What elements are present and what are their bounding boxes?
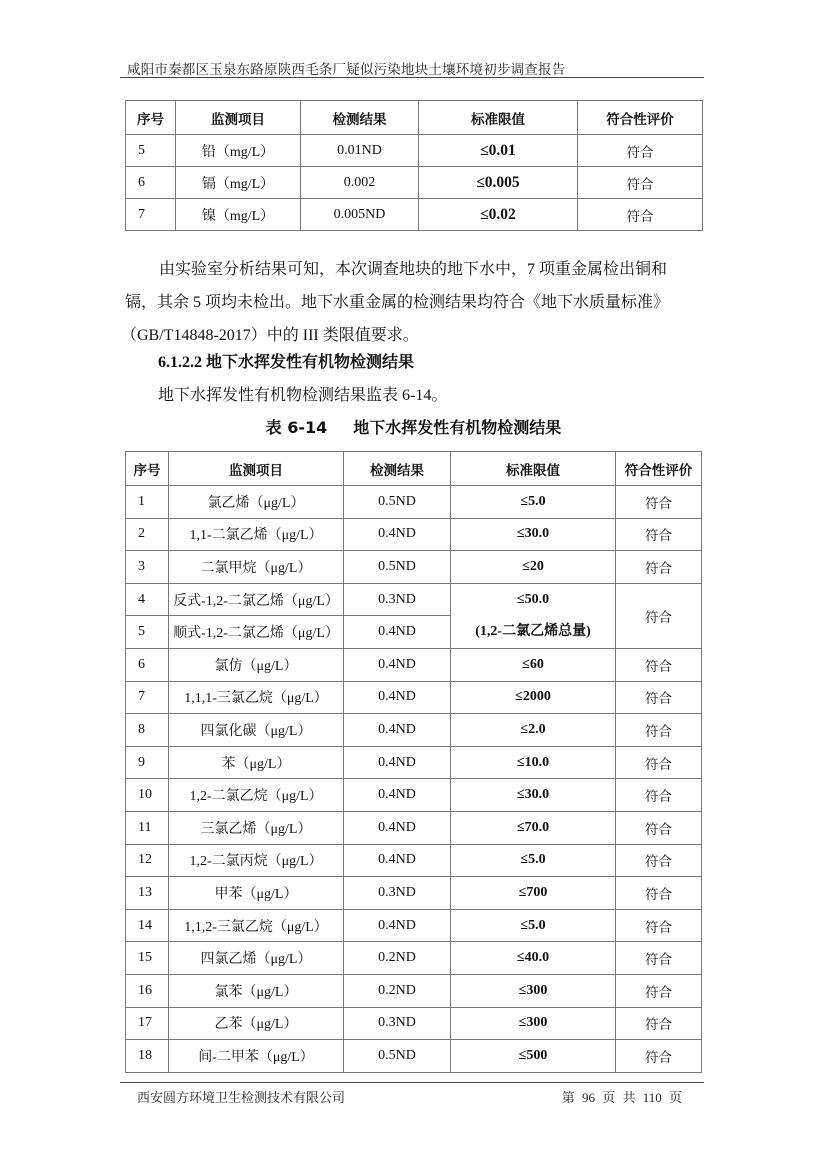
- cell-limit: ≤0.005: [419, 167, 578, 199]
- cell-no: 18: [126, 1040, 169, 1073]
- cell-no: 15: [126, 942, 169, 975]
- heavy-metals-table-continued: 序号 监测项目 检测结果 标准限值 符合性评价 5 铅（mg/L） 0.01ND…: [125, 100, 703, 231]
- cell-no: 4: [126, 583, 169, 616]
- cell-item: 间-二甲苯（μg/L）: [169, 1040, 344, 1073]
- table-row: 1氯乙烯（μg/L）0.5ND≤5.0符合: [126, 486, 702, 519]
- cell-no: 3: [126, 551, 169, 584]
- cell-result: 0.4ND: [344, 648, 451, 681]
- cell-no: 14: [126, 909, 169, 942]
- cell-limit: ≤0.01: [419, 135, 578, 167]
- cell-item: 顺式-1,2-二氯乙烯（μg/L）: [169, 616, 344, 649]
- cell-result: 0.2ND: [344, 974, 451, 1007]
- table-row: 71,1,1-三氯乙烷（μg/L）0.4ND≤2000符合: [126, 681, 702, 714]
- cell-item: 三氯乙烯（μg/L）: [169, 811, 344, 844]
- cell-result: 0.3ND: [344, 583, 451, 616]
- cell-item: 氯乙烯（μg/L）: [169, 486, 344, 519]
- limit-note: (1,2-二氯乙烯总量): [451, 616, 615, 648]
- cell-eval: 符合: [616, 714, 702, 747]
- table-row: 141,1,2-三氯乙烷（μg/L）0.4ND≤5.0符合: [126, 909, 702, 942]
- table-row: 17乙苯（μg/L）0.3ND≤300符合: [126, 1007, 702, 1040]
- paragraph-line: 由实验室分析结果可知，本次调查地块的地下水中，7 项重金属检出铜和: [125, 253, 705, 286]
- cell-no: 1: [126, 486, 169, 519]
- table-row: 101,2-二氯乙烷（μg/L）0.4ND≤30.0符合: [126, 779, 702, 812]
- cell-eval: 符合: [578, 167, 703, 199]
- cell-eval: 符合: [616, 681, 702, 714]
- cell-limit: ≤500: [451, 1040, 616, 1073]
- cell-result: 0.4ND: [344, 681, 451, 714]
- cell-limit: ≤0.02: [419, 199, 578, 231]
- table-row: 5 铅（mg/L） 0.01ND ≤0.01 符合: [126, 135, 703, 167]
- cell-result: 0.4ND: [344, 844, 451, 877]
- cell-no: 5: [126, 135, 176, 167]
- cell-result: 0.005ND: [301, 199, 419, 231]
- cell-result: 0.01ND: [301, 135, 419, 167]
- cell-result: 0.4ND: [344, 746, 451, 779]
- cell-eval: 符合: [578, 135, 703, 167]
- paragraph-line: （GB/T14848-2017）中的 III 类限值要求。: [125, 319, 705, 352]
- cell-no: 5: [126, 616, 169, 649]
- cell-no: 8: [126, 714, 169, 747]
- cell-item: 镍（mg/L）: [176, 199, 301, 231]
- cell-item: 苯（μg/L）: [169, 746, 344, 779]
- cell-limit: ≤60: [451, 648, 616, 681]
- cell-eval: 符合: [616, 909, 702, 942]
- col-header-item: 监测项目: [169, 452, 344, 486]
- table-row: 21,1-二氯乙烯（μg/L）0.4ND≤30.0符合: [126, 518, 702, 551]
- col-header-result: 检测结果: [301, 101, 419, 135]
- cell-eval: 符合: [616, 648, 702, 681]
- col-header-limit: 标准限值: [419, 101, 578, 135]
- cell-item: 反式-1,2-二氯乙烯（μg/L）: [169, 583, 344, 616]
- cell-no: 6: [126, 648, 169, 681]
- footer-company: 西安圆方环境卫生检测技术有限公司: [137, 1087, 345, 1106]
- table-caption-title: 地下水挥发性有机物检测结果: [353, 418, 561, 437]
- header-divider: [120, 77, 704, 78]
- cell-result: 0.002: [301, 167, 419, 199]
- col-header-result: 检测结果: [344, 452, 451, 486]
- table-row: 15四氯乙烯（μg/L）0.2ND≤40.0符合: [126, 942, 702, 975]
- cell-result: 0.2ND: [344, 942, 451, 975]
- cell-no: 9: [126, 746, 169, 779]
- table-row: 18间-二甲苯（μg/L）0.5ND≤500符合: [126, 1040, 702, 1073]
- cell-item: 甲苯（μg/L）: [169, 877, 344, 910]
- cell-item: 1,1,2-三氯乙烷（μg/L）: [169, 909, 344, 942]
- running-header: 咸阳市秦都区玉泉东路原陕西毛条厂疑似污染地块土壤环境初步调查报告: [127, 58, 565, 78]
- cell-limit: ≤2000: [451, 681, 616, 714]
- cell-eval: 符合: [616, 974, 702, 1007]
- table-row: 11三氯乙烯（μg/L）0.4ND≤70.0符合: [126, 811, 702, 844]
- col-header-item: 监测项目: [176, 101, 301, 135]
- cell-item: 1,1-二氯乙烯（μg/L）: [169, 518, 344, 551]
- cell-limit-merged: ≤50.0(1,2-二氯乙烯总量): [451, 583, 616, 648]
- cell-eval: 符合: [616, 551, 702, 584]
- cell-no: 16: [126, 974, 169, 1007]
- col-header-no: 序号: [126, 452, 169, 486]
- cell-eval: 符合: [578, 199, 703, 231]
- col-header-eval: 符合性评价: [616, 452, 702, 486]
- cell-no: 13: [126, 877, 169, 910]
- cell-limit: ≤20: [451, 551, 616, 584]
- cell-item: 乙苯（μg/L）: [169, 1007, 344, 1040]
- cell-eval: 符合: [616, 486, 702, 519]
- cell-item: 1,2-二氯丙烷（μg/L）: [169, 844, 344, 877]
- table-caption: 表 6-14地下水挥发性有机物检测结果: [0, 415, 827, 438]
- col-header-no: 序号: [126, 101, 176, 135]
- cell-result: 0.4ND: [344, 909, 451, 942]
- table-row: 6 镉（mg/L） 0.002 ≤0.005 符合: [126, 167, 703, 199]
- cell-no: 7: [126, 199, 176, 231]
- cell-limit: ≤30.0: [451, 518, 616, 551]
- cell-result: 0.4ND: [344, 616, 451, 649]
- limit-value: ≤50.0: [451, 584, 615, 616]
- table-row: 3二氯甲烷（μg/L）0.5ND≤20符合: [126, 551, 702, 584]
- cell-eval: 符合: [616, 779, 702, 812]
- cell-result: 0.3ND: [344, 1007, 451, 1040]
- cell-limit: ≤300: [451, 974, 616, 1007]
- cell-eval: 符合: [616, 746, 702, 779]
- cell-item: 氯仿（μg/L）: [169, 648, 344, 681]
- cell-item: 镉（mg/L）: [176, 167, 301, 199]
- table-row: 13甲苯（μg/L）0.3ND≤700符合: [126, 877, 702, 910]
- table-row: 4反式-1,2-二氯乙烯（μg/L）0.3ND≤50.0(1,2-二氯乙烯总量)…: [126, 583, 702, 616]
- col-header-eval: 符合性评价: [578, 101, 703, 135]
- cell-eval: 符合: [616, 877, 702, 910]
- cell-eval: 符合: [616, 811, 702, 844]
- table-header-row: 序号 监测项目 检测结果 标准限值 符合性评价: [126, 452, 702, 486]
- table-row: 9苯（μg/L）0.4ND≤10.0符合: [126, 746, 702, 779]
- cell-eval-merged: 符合: [616, 583, 702, 648]
- cell-no: 12: [126, 844, 169, 877]
- cell-item: 铅（mg/L）: [176, 135, 301, 167]
- cell-result: 0.4ND: [344, 779, 451, 812]
- cell-limit: ≤2.0: [451, 714, 616, 747]
- cell-limit: ≤40.0: [451, 942, 616, 975]
- cell-no: 7: [126, 681, 169, 714]
- cell-result: 0.4ND: [344, 811, 451, 844]
- table-row: 121,2-二氯丙烷（μg/L）0.4ND≤5.0符合: [126, 844, 702, 877]
- cell-item: 1,1,1-三氯乙烷（μg/L）: [169, 681, 344, 714]
- table-header-row: 序号 监测项目 检测结果 标准限值 符合性评价: [126, 101, 703, 135]
- cell-no: 11: [126, 811, 169, 844]
- cell-result: 0.5ND: [344, 551, 451, 584]
- table-row: 16氯苯（μg/L）0.2ND≤300符合: [126, 974, 702, 1007]
- cell-eval: 符合: [616, 942, 702, 975]
- cell-item: 四氯化碳（μg/L）: [169, 714, 344, 747]
- cell-limit: ≤700: [451, 877, 616, 910]
- footer-divider: [120, 1082, 704, 1083]
- metals-summary-paragraph: 由实验室分析结果可知，本次调查地块的地下水中，7 项重金属检出铜和 镉，其余 5…: [125, 253, 705, 352]
- cell-limit: ≤30.0: [451, 779, 616, 812]
- cell-eval: 符合: [616, 844, 702, 877]
- cell-result: 0.5ND: [344, 486, 451, 519]
- cell-result: 0.4ND: [344, 518, 451, 551]
- table-caption-number: 表 6-14: [266, 418, 328, 437]
- paragraph-line: 镉，其余 5 项均未检出。地下水重金属的检测结果均符合《地下水质量标准》: [125, 286, 705, 319]
- cell-no: 6: [126, 167, 176, 199]
- footer-page-number: 第 96 页 共 110 页: [562, 1087, 682, 1106]
- cell-limit: ≤5.0: [451, 486, 616, 519]
- cell-no: 10: [126, 779, 169, 812]
- voc-results-table: 序号 监测项目 检测结果 标准限值 符合性评价 1氯乙烯（μg/L）0.5ND≤…: [125, 451, 702, 1073]
- cell-limit: ≤300: [451, 1007, 616, 1040]
- cell-item: 四氯乙烯（μg/L）: [169, 942, 344, 975]
- cell-eval: 符合: [616, 1007, 702, 1040]
- table-row: 6氯仿（μg/L）0.4ND≤60符合: [126, 648, 702, 681]
- cell-item: 二氯甲烷（μg/L）: [169, 551, 344, 584]
- cell-item: 氯苯（μg/L）: [169, 974, 344, 1007]
- cell-result: 0.3ND: [344, 877, 451, 910]
- cell-result: 0.5ND: [344, 1040, 451, 1073]
- cell-no: 17: [126, 1007, 169, 1040]
- table-row: 7 镍（mg/L） 0.005ND ≤0.02 符合: [126, 199, 703, 231]
- cell-result: 0.4ND: [344, 714, 451, 747]
- cell-no: 2: [126, 518, 169, 551]
- col-header-limit: 标准限值: [451, 452, 616, 486]
- cell-limit: ≤5.0: [451, 909, 616, 942]
- section-lead-text: 地下水挥发性有机物检测结果监表 6-14。: [158, 382, 447, 405]
- cell-item: 1,2-二氯乙烷（μg/L）: [169, 779, 344, 812]
- cell-limit: ≤5.0: [451, 844, 616, 877]
- section-heading: 6.1.2.2 地下水挥发性有机物检测结果: [158, 349, 414, 372]
- cell-limit: ≤10.0: [451, 746, 616, 779]
- table-row: 8四氯化碳（μg/L）0.4ND≤2.0符合: [126, 714, 702, 747]
- cell-limit: ≤70.0: [451, 811, 616, 844]
- cell-eval: 符合: [616, 518, 702, 551]
- cell-eval: 符合: [616, 1040, 702, 1073]
